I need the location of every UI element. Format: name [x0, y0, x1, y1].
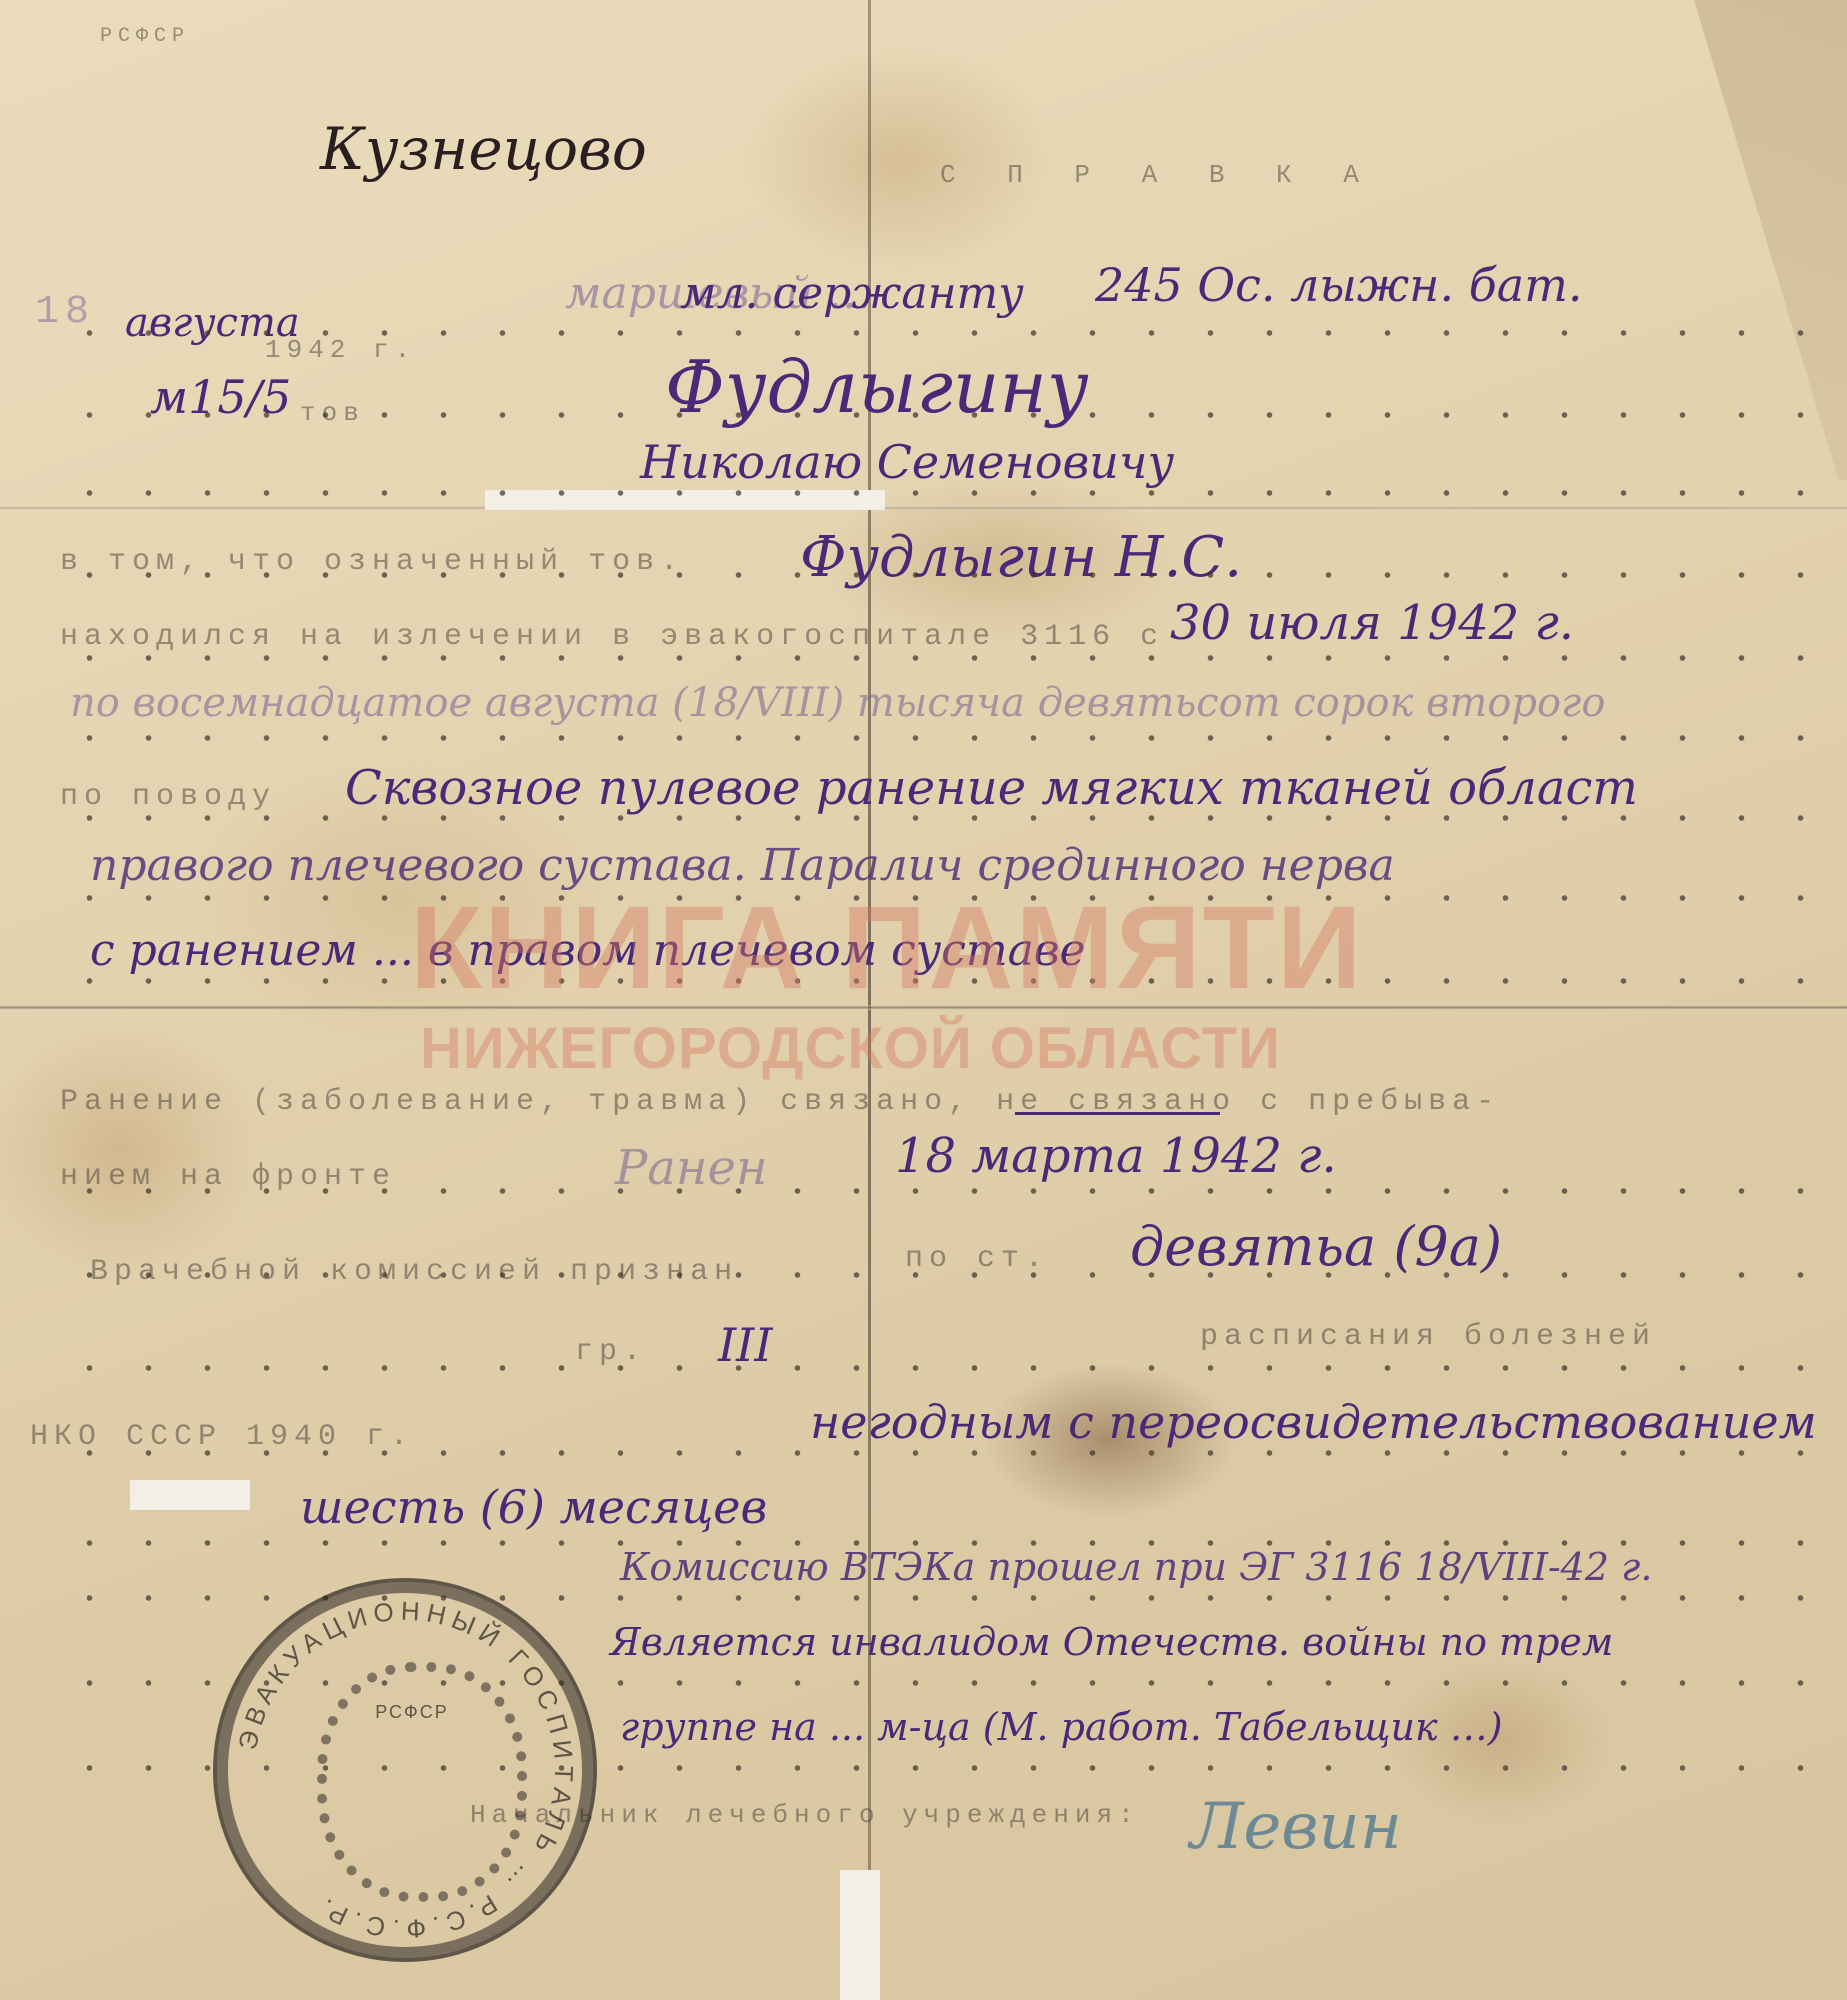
- body-line2-typed: находился на излечении в эвакогоспитале …: [60, 620, 1164, 654]
- stamp-center-text: РСФСР: [367, 1702, 457, 1723]
- reexam-period: шесть (6) месяцев: [300, 1480, 767, 1534]
- vtek-note: Комиссию ВТЭКа прошел при ЭГ 3116 18/VII…: [620, 1545, 1652, 1589]
- addressee-unit: 245 Ос. лыжн. бат.: [1095, 258, 1582, 312]
- watermark-line1: КНИГА ПАМЯТИ: [410, 880, 1364, 1016]
- dotted-line: [60, 815, 1820, 821]
- group-label: гр.: [575, 1335, 647, 1369]
- folded-corner: [1677, 0, 1847, 480]
- disability-group: III: [718, 1318, 773, 1372]
- body-line4-typed: по поводу: [60, 780, 276, 814]
- corner-print: РСФСР: [100, 25, 190, 48]
- article-label: по ст.: [905, 1242, 1049, 1276]
- dotted-line: [60, 1188, 1820, 1194]
- body-line11-typed: НКО СССР 1940 г.: [30, 1420, 414, 1454]
- addressee-name: Николаю Семеновичу: [640, 435, 1174, 489]
- discharge-date-words: по восемнадцатое августа (18/VIII) тысяч…: [70, 680, 1605, 726]
- invalid-group-note: группе на ... м-ца (М. работ. Табельщик …: [620, 1705, 1503, 1749]
- watermark-line2: НИЖЕГОРОДСКОЙ ОБЛАСТИ: [420, 1015, 1281, 1082]
- handwritten-top-note: Кузнецово: [320, 115, 647, 183]
- addressee-rank: мл. сержанту: [680, 268, 1024, 319]
- underline-mark: [1015, 1112, 1220, 1115]
- fitness-verdict: негодным с переосвидетельствованием: [810, 1395, 1817, 1449]
- article-number: девятьа (9а): [1130, 1215, 1502, 1278]
- dotted-line: [60, 1365, 1820, 1371]
- paper-tear: [130, 1480, 250, 1510]
- paper-tear: [840, 1870, 880, 2000]
- round-hospital-stamp: ЭВАКУАЦИОННЫЙ ГОСПИТАЛЬ … Р.С.Ф.С.Р. РСФ…: [213, 1578, 597, 1962]
- patient-name: Фудлыгин Н.С.: [800, 525, 1242, 590]
- body-line7-typed: Ранение (заболевание, травма) связано, н…: [60, 1085, 1500, 1119]
- date-year: 1942 г.: [265, 335, 416, 365]
- dotted-line: [60, 572, 1820, 578]
- document-title: С П Р А В К А: [940, 160, 1377, 190]
- invalid-status: Является инвалидом Отечеств. войны по тр…: [610, 1620, 1613, 1664]
- dotted-line: [60, 1272, 1820, 1278]
- wound-date: 18 марта 1942 г.: [895, 1128, 1337, 1184]
- signature: Левин: [1190, 1790, 1402, 1864]
- diagnosis-line1: Сквозное пулевое ранение мягких тканей о…: [345, 760, 1638, 816]
- dotted-line: [60, 330, 1820, 336]
- upper-fold-crease: [0, 505, 1847, 509]
- date-day: 18: [35, 290, 95, 335]
- admission-date: 30 июля 1942 г.: [1170, 595, 1574, 651]
- dotted-line: [60, 412, 1820, 418]
- schedule-label: расписания болезней: [1200, 1320, 1656, 1354]
- dotted-line: [60, 735, 1820, 741]
- document-paper: РСФСР С П Р А В К А Кузнецово 18 августа…: [0, 0, 1847, 2000]
- dotted-line: [60, 655, 1820, 661]
- dotted-line: [60, 1450, 1820, 1456]
- coat-of-arms-emblem: [317, 1662, 527, 1902]
- dotted-line: [60, 490, 1820, 496]
